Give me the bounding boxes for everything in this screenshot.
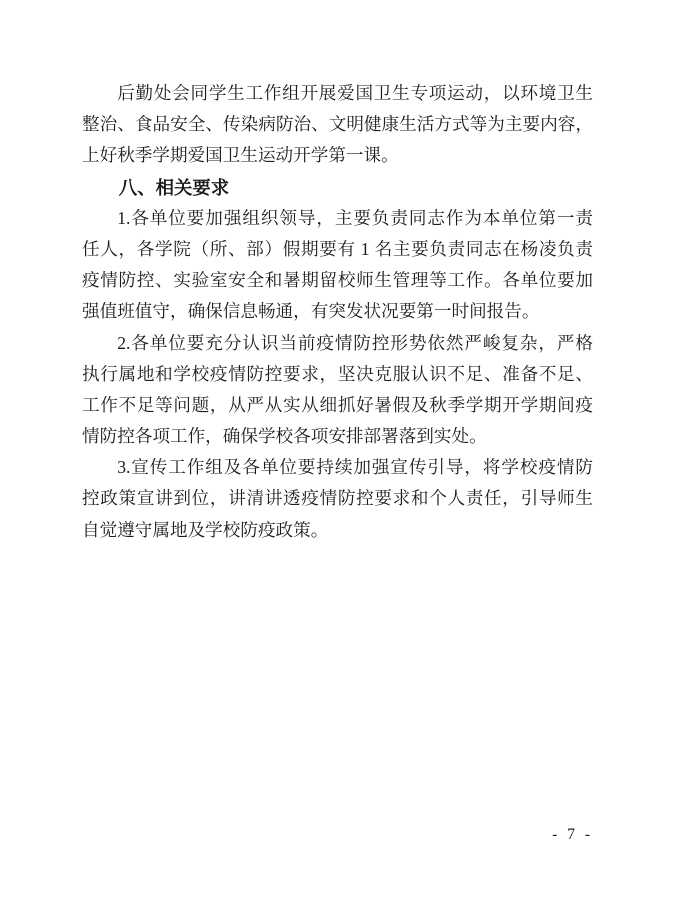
text-line: 工作不足等问题，从严从实从细抓好暑假及秋季学期开学期间疫 [82, 390, 593, 421]
paragraph: 后勤处会同学生工作组开展爱国卫生专项运动，以环境卫生整治、食品安全、传染病防治、… [82, 78, 593, 172]
paragraph: 2.各单位要充分认识当前疫情防控形势依然严峻复杂，严格执行属地和学校疫情防控要求… [82, 328, 593, 453]
text-line: 情防控各项工作，确保学校各项安排部署落到实处。 [82, 421, 593, 452]
section-heading: 八、相关要求 [82, 172, 593, 203]
text-line: 疫情防控、实验室安全和暑期留校师生管理等工作。各单位要加 [82, 265, 593, 296]
text-line: 整治、食品安全、传染病防治、文明健康生活方式等为主要内容， [82, 109, 593, 140]
text-line: 后勤处会同学生工作组开展爱国卫生专项运动，以环境卫生 [82, 78, 593, 109]
text-line: 自觉遵守属地及学校防疫政策。 [82, 515, 593, 546]
text-line: 八、相关要求 [82, 172, 593, 203]
text-line: 1.各单位要加强组织领导，主要负责同志作为本单位第一责 [82, 203, 593, 234]
paragraph: 3.宣传工作组及各单位要持续加强宣传引导，将学校疫情防控政策宣讲到位，讲清讲透疫… [82, 452, 593, 546]
text-line: 任人，各学院（所、部）假期要有 1 名主要负责同志在杨凌负责 [82, 234, 593, 265]
paragraph: 1.各单位要加强组织领导，主要负责同志作为本单位第一责任人，各学院（所、部）假期… [82, 203, 593, 328]
document-page: 后勤处会同学生工作组开展爱国卫生专项运动，以环境卫生整治、食品安全、传染病防治、… [0, 0, 675, 903]
text-line: 控政策宣讲到位，讲清讲透疫情防控要求和个人责任，引导师生 [82, 483, 593, 514]
text-line: 强值班值守，确保信息畅通，有突发状况要第一时间报告。 [82, 296, 593, 327]
text-line: 3.宣传工作组及各单位要持续加强宣传引导，将学校疫情防 [82, 452, 593, 483]
text-line: 上好秋季学期爱国卫生运动开学第一课。 [82, 140, 593, 171]
text-line: 执行属地和学校疫情防控要求，坚决克服认识不足、准备不足、 [82, 359, 593, 390]
page-number: - 7 - [82, 826, 593, 844]
document-body: 后勤处会同学生工作组开展爱国卫生专项运动，以环境卫生整治、食品安全、传染病防治、… [82, 78, 593, 546]
text-line: 2.各单位要充分认识当前疫情防控形势依然严峻复杂，严格 [82, 328, 593, 359]
